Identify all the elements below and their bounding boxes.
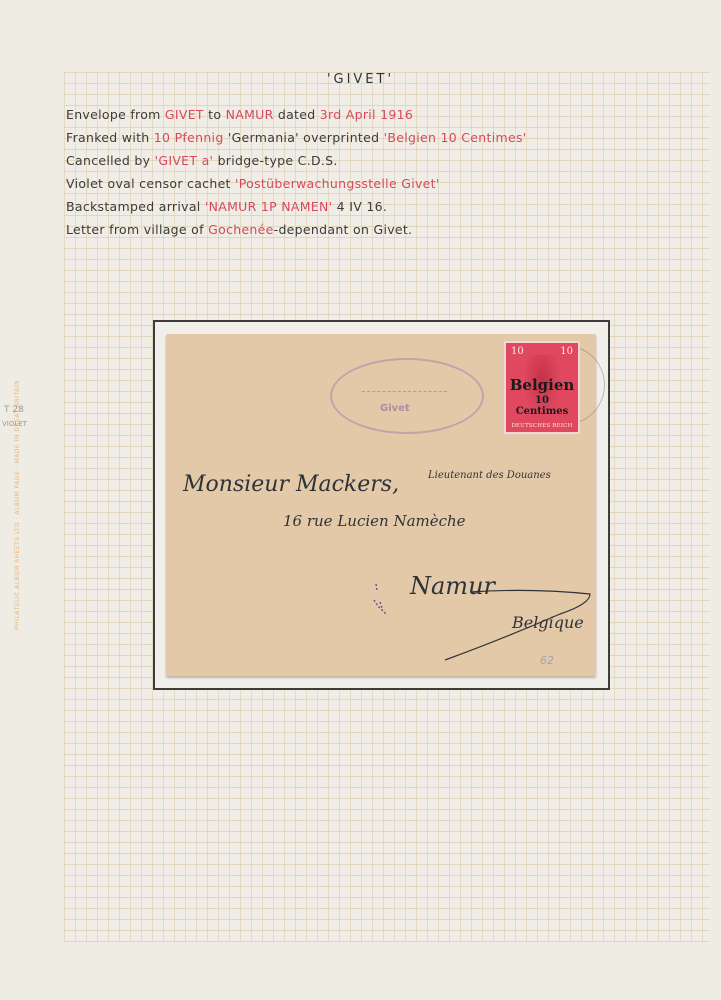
stamp-overprint-country: Belgien [508, 376, 576, 394]
censor-cachet-oval [330, 358, 484, 434]
address-street: 16 rue Lucien Namèche [283, 512, 466, 530]
stamp-value-left: 10 [511, 346, 524, 357]
stamp-value: 10 Pfennig [154, 130, 224, 145]
pencil-code: T 28 [4, 405, 24, 415]
pencil-color-note: VIOLET [2, 420, 27, 428]
destination-town: NAMUR [226, 107, 274, 122]
postage-stamp: 10 10 Belgien 10 Centimes DEUTSCHES REIC… [506, 343, 578, 432]
page-title: 'GIVET' [0, 72, 721, 87]
text-segment: Backstamped arrival [66, 199, 205, 214]
stamp-overprint-value: 10 Centimes [508, 395, 576, 417]
censor-name: 'Postüberwachungsstelle Givet' [235, 176, 440, 191]
description-line-date: Envelope from GIVET to NAMUR dated 3rd A… [66, 103, 686, 126]
description-block: Envelope from GIVET to NAMUR dated 3rd A… [66, 103, 686, 241]
printer-imprint: PHILATELIC ALBUM SHEETS LTD · ALBUM PAGE… [14, 320, 26, 630]
date-text: 3rd April 1916 [320, 107, 413, 122]
text-segment: to [204, 107, 226, 122]
address-title: Lieutenant des Douanes [428, 470, 551, 481]
origin-town: GIVET [165, 107, 204, 122]
censor-cachet-line [362, 391, 447, 392]
stamp-value-right: 10 [560, 346, 573, 357]
cancel-name: 'GIVET a' [155, 153, 214, 168]
text-segment: -dependant on Givet. [274, 222, 413, 237]
text-segment: dated [274, 107, 320, 122]
text-segment: bridge-type C.D.S. [213, 153, 337, 168]
overprint-text: 'Belgien 10 Centimes' [384, 130, 527, 145]
description-line-censor: Violet oval censor cachet 'Postüberwachu… [66, 172, 686, 195]
text-segment: 'Germania' overprinted [224, 130, 384, 145]
stamp-country-text: DEUTSCHES REICH [508, 423, 576, 429]
description-line-backstamp: Backstamped arrival 'NAMUR 1P NAMEN' 4 I… [66, 195, 686, 218]
censor-cachet-text: Givet [380, 403, 410, 414]
text-segment: Envelope from [66, 107, 165, 122]
pencil-number: 62 [540, 654, 554, 667]
address-salutation-name: Monsieur Mackers, [183, 472, 399, 497]
text-segment: Cancelled by [66, 153, 155, 168]
description-line-village: Letter from village of Gochenée-dependan… [66, 218, 686, 241]
text-segment: Franked with [66, 130, 154, 145]
text-segment: Letter from village of [66, 222, 208, 237]
backstamp-name: 'NAMUR 1P NAMEN' [205, 199, 333, 214]
village-name: Gochenée [208, 222, 274, 237]
violet-ink-mark [372, 582, 388, 618]
address-flourish-icon [440, 588, 600, 663]
description-line-cancel: Cancelled by 'GIVET a' bridge-type C.D.S… [66, 149, 686, 172]
description-line-franking: Franked with 10 Pfennig 'Germania' overp… [66, 126, 686, 149]
text-segment: 4 IV 16. [332, 199, 387, 214]
text-segment: Violet oval censor cachet [66, 176, 235, 191]
